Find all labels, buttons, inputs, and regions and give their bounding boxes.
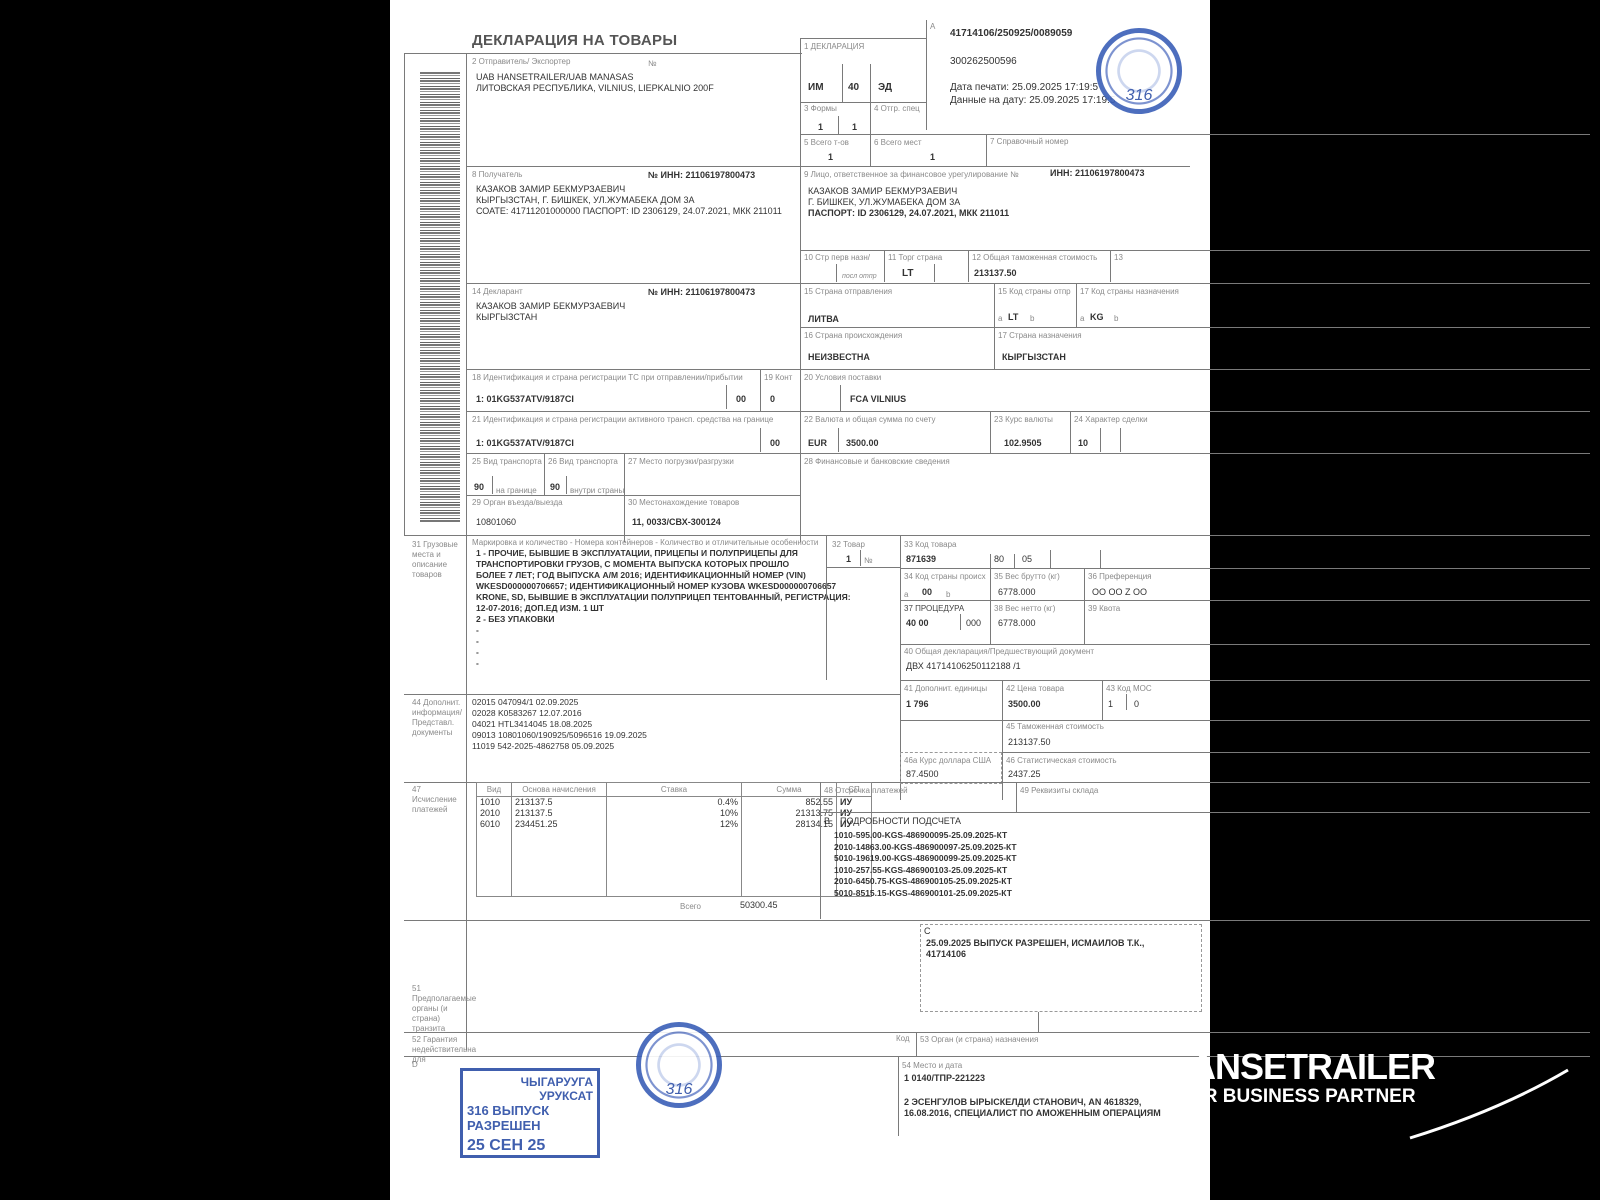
box-b-label: B	[824, 816, 830, 827]
box-a-label: A	[930, 22, 935, 32]
payment-cell-empty	[742, 830, 837, 897]
box43-label: 43 Код МОС	[1106, 684, 1152, 694]
box26-label: 26 Вид транспорта	[548, 457, 618, 467]
commodity-code-2: 80	[994, 554, 1004, 565]
description-line: БОЛЕЕ 7 ЛЕТ; ГОД ВЫПУСКА А/М 2016; ИДЕНТ…	[476, 570, 851, 581]
customs-round-stamp-top: 316	[1096, 28, 1182, 114]
transport-id-border-code: 00	[770, 438, 780, 449]
payment-cell: 0.4%	[607, 797, 742, 809]
reference-number: 300262500596	[950, 56, 1017, 67]
box15a-label: 15 Код страны отпр	[998, 287, 1071, 297]
transaction-type: 10	[1078, 438, 1088, 449]
box17a-b: b	[1114, 314, 1118, 324]
destination-country-code: KG	[1090, 312, 1104, 323]
transport-id-departure: 1: 01KG537ATV/9187CI	[476, 394, 574, 405]
financial-person-passport: ПАСПОРТ: ID 2306129, 24.07.2021, МКК 211…	[808, 208, 1009, 219]
exporter-address: ЛИТОВСКАЯ РЕСПУБЛИКА, VILNIUS, LIEPKALNI…	[476, 83, 714, 94]
payment-cell-empty	[607, 830, 742, 897]
box31-header: Маркировка и количество - Номера контейн…	[472, 538, 818, 548]
release-stamp-date: 25 СЕН 25	[467, 1137, 593, 1155]
border-transport-mode: 90	[474, 482, 484, 493]
forms-2: 1	[852, 122, 857, 133]
exchange-rate: 102.9505	[1004, 438, 1042, 449]
box9-label: 9 Лицо, ответственное за финансовое урег…	[804, 170, 1019, 180]
declaration-code: 40	[848, 82, 859, 93]
description-line: -	[476, 658, 851, 669]
box1-label: 1 ДЕКЛАРАЦИЯ	[804, 42, 864, 52]
payment-cell: 2010	[477, 808, 512, 819]
box39-label: 39 Квота	[1088, 604, 1120, 614]
item-price: 3500.00	[1008, 699, 1041, 710]
consignee-passport: СОАТЕ: 41711201000000 ПАСПОРТ: ID 230612…	[476, 206, 782, 217]
box6-label: 6 Всего мест	[874, 138, 921, 148]
declarant-inn: № ИНН: 21106197800473	[648, 287, 755, 298]
document-title: ДЕКЛАРАЦИЯ НА ТОВАРЫ	[472, 32, 677, 49]
box33-label: 33 Код товара	[904, 540, 956, 550]
box49-label: 49 Реквизиты склада	[1020, 786, 1098, 796]
goods-location: 11, 0033/СВХ-300124	[632, 517, 721, 528]
box21-label: 21 Идентификация и страна регистрации ак…	[472, 415, 773, 425]
box28-label: 28 Финансовые и банковские сведения	[804, 457, 950, 467]
financial-person-address: Г. БИШКЕК, УЛ.ЖУМАБЕКА ДОМ 3А	[808, 197, 960, 208]
valuation-method-2: 0	[1134, 699, 1139, 710]
payment-cell: 234451.25	[512, 819, 607, 830]
payment-cell: ИУ	[837, 797, 872, 809]
calculation-line: 2010-14863.00-KGS-486900097-25.09.2025-К…	[834, 842, 1017, 854]
release-status: 25.09.2025 ВЫПУСК РАЗРЕШЕН, ИСМАИЛОВ Т.К…	[926, 938, 1144, 949]
customs-value: 213137.50	[1008, 737, 1051, 748]
payment-cell: 213137.5	[512, 808, 607, 819]
net-weight: 6778.000	[998, 618, 1036, 629]
consignee-name: КАЗАКОВ ЗАМИР БЕКМУРЗАЕВИЧ	[476, 184, 625, 195]
total-places: 1	[930, 152, 935, 163]
payment-cell: 21313.75	[742, 808, 837, 819]
box13-label: 13	[1114, 253, 1123, 263]
delivery-terms: FCA VILNIUS	[850, 394, 906, 405]
payments-header: Ставка	[607, 783, 742, 797]
exporter-name: UAB HANSETRAILER/UAB MANASAS	[476, 72, 634, 83]
financial-person-inn: ИНН: 21106197800473	[1050, 168, 1145, 179]
box-c-label: C	[924, 926, 931, 937]
origin-country: НЕИЗВЕСТНА	[808, 352, 870, 363]
document-line: 02028 K0583267 12.07.2016	[472, 708, 647, 719]
hansetrailer-logo: ANSETRAILER UR BUSINESS PARTNER	[1190, 1048, 1435, 1108]
box15a-b: b	[1030, 314, 1034, 324]
document-line: 02015 047094/1 02.09.2025	[472, 697, 647, 708]
box52-label: 52 Гарантия недействительна для	[412, 1035, 464, 1065]
box35-label: 35 Вес брутто (кг)	[994, 572, 1060, 582]
box41-label: 41 Дополнит. единицы	[904, 684, 987, 694]
document-line: 11019 542-2025-4862758 05.09.2025	[472, 741, 647, 752]
box23-label: 23 Курс валюты	[994, 415, 1053, 425]
box27-label: 27 Место погрузки/разгрузки	[628, 457, 734, 467]
description-line: KRONE, SD, БЫВШИЕ В ЭКСПЛУАТАЦИИ ПОЛУПРИ…	[476, 592, 851, 603]
transport-id-departure-code: 00	[736, 394, 746, 405]
box7-label: 7 Справочный номер	[990, 137, 1068, 147]
box29-label: 29 Орган въезда/выезда	[472, 498, 563, 508]
goods-description: 1 - ПРОЧИЕ, БЫВШИЕ В ЭКСПЛУАТАЦИИ, ПРИЦЕ…	[476, 548, 851, 669]
trading-country: LT	[902, 268, 913, 279]
document-line: 09013 10801060/190925/5096516 19.09.2025	[472, 730, 647, 741]
box53-label: 53 Орган (и страна) назначения	[920, 1035, 1038, 1045]
supplementary-units: 1 796	[906, 699, 929, 710]
container: 0	[770, 394, 775, 405]
destination-country: КЫРГЫЗСТАН	[1002, 352, 1066, 363]
box40-label: 40 Общая декларация/Предшествующий докум…	[904, 647, 1094, 657]
box22-label: 22 Валюта и общая сумма по счету	[804, 415, 936, 425]
box24-label: 24 Характер сделки	[1074, 415, 1148, 425]
box10-label: 10 Стр перв назн/	[804, 253, 870, 263]
declaration-type: ИМ	[808, 82, 824, 93]
payment-row: 6010234451.2512%28134.15ИУ	[477, 819, 872, 830]
box5-label: 5 Всего т-ов	[804, 138, 849, 148]
procedure-2: 000	[966, 618, 981, 629]
item-number: 1	[846, 554, 851, 565]
box30-label: 30 Местонахождение товаров	[628, 498, 739, 508]
commodity-code: 871639	[906, 554, 936, 565]
description-line: -	[476, 647, 851, 658]
inland-transport-mode: 90	[550, 482, 560, 493]
payment-row: 2010213137.510%21313.75ИУ	[477, 808, 872, 819]
total-items: 1	[828, 152, 833, 163]
release-stamp-line1: ЧЫГАРУУГА УРУКСАТ	[467, 1075, 593, 1103]
box15-label: 15 Страна отправления	[804, 287, 892, 297]
payment-row: 1010213137.50.4%852.55ИУ	[477, 797, 872, 809]
calculation-line: 5010-8515.15-KGS-486900101-25.09.2025-КТ	[834, 888, 1017, 900]
previous-document: ДВХ 41714106250112188 /1	[906, 661, 1021, 672]
place-reference: 1 0140/ТПР-221223	[904, 1073, 985, 1084]
box16-label: 16 Страна происхождения	[804, 331, 902, 341]
description-line: 2 - БЕЗ УПАКОВКИ	[476, 614, 851, 625]
box4-label: 4 Отгр. спец	[874, 104, 920, 114]
box31-label: 31 Грузовые места и описание товаров	[412, 540, 462, 580]
box25-label: 25 Вид транспорта	[472, 457, 542, 467]
box54-label: 54 Место и дата	[902, 1061, 962, 1071]
box14-label: 14 Декларант	[472, 287, 523, 297]
entry-exit-office: 10801060	[476, 517, 516, 528]
payment-cell: 28134.15	[742, 819, 837, 830]
box51-label: 51 Предполагаемые органы (и страна) тран…	[412, 984, 464, 1034]
signatory-position: 16.08.2016, СПЕЦИАЛИСТ ПО АМОЖЕННЫМ ОПЕР…	[904, 1108, 1161, 1119]
box32-label: 32 Товар	[832, 540, 865, 550]
payment-cell: 12%	[607, 819, 742, 830]
statistical-value: 2437.25	[1008, 769, 1041, 780]
consignee-inn: № ИНН: 21106197800473	[648, 170, 755, 181]
data-date: Данные на дату: 25.09.2025 17:19:5	[950, 95, 1115, 106]
box46a-label: 46а Курс доллара США	[904, 756, 991, 766]
box45-label: 45 Таможенная стоимость	[1006, 722, 1104, 732]
box11-label: 11 Торг страна	[888, 253, 942, 263]
logo-brand: ANSETRAILER	[1190, 1048, 1435, 1086]
box-d-label: D	[412, 1060, 418, 1070]
declaration-kind: ЭД	[878, 82, 892, 93]
financial-person-name: КАЗАКОВ ЗАМИР БЕКМУРЗАЕВИЧ	[808, 186, 957, 197]
payment-cell: 852.55	[742, 797, 837, 809]
origin-country-code: 00	[922, 587, 932, 598]
description-line: ТРАНСПОРТИРОВКИ ГРУЗОВ, С МОМЕНТА ВЫПУСК…	[476, 559, 851, 570]
payment-cell-empty	[477, 830, 512, 897]
box19-label: 19 Конт	[764, 373, 792, 383]
total-customs-value: 213137.50	[974, 268, 1017, 279]
box42-label: 42 Цена товара	[1006, 684, 1064, 694]
box2-no: №	[648, 59, 657, 69]
document-line: 04021 HTL3414045 18.08.2025	[472, 719, 647, 730]
dispatch-country-code: LT	[1008, 312, 1018, 323]
description-line: -	[476, 636, 851, 647]
forms-1: 1	[818, 122, 823, 133]
supporting-documents: 02015 047094/1 02.09.202502028 K0583267 …	[472, 697, 647, 752]
calculation-details-title: ПОДРОБНОСТИ ПОДСЧЕТА	[840, 816, 961, 827]
calculation-line: 2010-6450.75-KGS-486900105-25.09.2025-КТ	[834, 876, 1017, 888]
invoice-currency: EUR	[808, 438, 827, 449]
payment-cell: 213137.5	[512, 797, 607, 809]
box34-b: b	[946, 590, 950, 600]
preference: ОО ОО Z ОО	[1092, 587, 1147, 598]
valuation-method: 1	[1108, 699, 1113, 710]
box48-label: 48 Отсрочка платежей	[824, 786, 908, 796]
description-line: -	[476, 625, 851, 636]
calculation-line: 1010-257.55-KGS-486900103-25.09.2025-КТ	[834, 865, 1017, 877]
payments-header: Сумма	[742, 783, 837, 797]
logo-swoosh	[1400, 1050, 1580, 1140]
box18-label: 18 Идентификация и страна регистрации ТС…	[472, 373, 743, 383]
box2-label: 2 Отправитель/ Экспортер	[472, 57, 570, 67]
box37-label: 37 ПРОЦЕДУРА	[904, 604, 964, 614]
consignee-address: КЫРГЫЗСТАН, Г. БИШКЕК, УЛ.ЖУМАБЕКА ДОМ 3…	[476, 195, 695, 206]
payments-table: ВидОснова начисленияСтавкаСуммаСП1010213…	[476, 782, 872, 897]
box15a-a: a	[998, 314, 1002, 324]
description-line: 1 - ПРОЧИЕ, БЫВШИЕ В ЭКСПЛУАТАЦИИ, ПРИЦЕ…	[476, 548, 851, 559]
gross-weight: 6778.000	[998, 587, 1036, 598]
signatory-name: 2 ЭСЕНГУЛОВ ЫРЫСКЕЛДИ СТАНОВИЧ, AN 46183…	[904, 1097, 1141, 1108]
calculation-line: 1010-595.00-KGS-486900095-25.09.2025-КТ	[834, 830, 1017, 842]
description-line: 12-07-2016; ДОП.ЕД ИЗМ. 1 ШТ	[476, 603, 851, 614]
box34-label: 34 Код страны происх	[904, 572, 986, 582]
box32-no: №	[864, 556, 873, 566]
box46-label: 46 Статистическая стоимость	[1006, 756, 1117, 766]
declarant-name: КАЗАКОВ ЗАМИР БЕКМУРЗАЕВИЧ	[476, 301, 625, 312]
calculation-details: 1010-595.00-KGS-486900095-25.09.2025-КТ2…	[834, 830, 1017, 899]
invoice-amount: 3500.00	[846, 438, 879, 449]
usd-rate: 87.4500	[906, 769, 939, 780]
payment-cell: 6010	[477, 819, 512, 830]
total-payments: 50300.45	[740, 900, 778, 911]
barcode	[420, 72, 460, 522]
procedure: 40 00	[906, 618, 929, 629]
box8-label: 8 Получатель	[472, 170, 522, 180]
release-officer-code: 41714106	[926, 949, 966, 960]
box47-label: 47 Исчисление платежей	[412, 785, 464, 815]
payment-cell-empty	[512, 830, 607, 897]
box34-a: a	[904, 590, 908, 600]
print-date: Дата печати: 25.09.2025 17:19:5	[950, 82, 1098, 93]
calculation-line: 5010-19619.00-KGS-486900099-25.09.2025-К…	[834, 853, 1017, 865]
box17-label: 17 Страна назначения	[998, 331, 1082, 341]
customs-round-stamp-bottom: 316	[636, 1022, 722, 1108]
box12-label: 12 Общая таможенная стоимость	[972, 253, 1097, 263]
customs-declaration-page: ДЕКЛАРАЦИЯ НА ТОВАРЫ 2 Отправитель/ Эксп…	[390, 0, 1210, 1200]
box20-label: 20 Условия поставки	[804, 373, 881, 383]
box17a-label: 17 Код страны назначения	[1080, 287, 1179, 297]
commodity-code-3: 05	[1022, 554, 1032, 565]
declarant-country: КЫРГЫЗСТАН	[476, 312, 537, 323]
payment-cell: 10%	[607, 808, 742, 819]
payments-header: Вид	[477, 783, 512, 797]
total-label: Всего	[680, 902, 701, 912]
logo-tagline: UR BUSINESS PARTNER	[1190, 1086, 1435, 1108]
box17a-a: a	[1080, 314, 1084, 324]
box10-sub: посл отпр	[842, 272, 877, 282]
release-stamp: ЧЫГАРУУГА УРУКСАТ 316 ВЫПУСК РАЗРЕШЕН 25…	[460, 1068, 600, 1158]
transport-id-border: 1: 01KG537ATV/9187CI	[476, 438, 574, 449]
registration-number: 41714106/250925/0089059	[950, 28, 1072, 39]
payments-header: Основа начисления	[512, 783, 607, 797]
dispatch-country: ЛИТВА	[808, 314, 839, 325]
box38-label: 38 Вес нетто (кг)	[994, 604, 1055, 614]
box44-label: 44 Дополнит. информация/ Представл. доку…	[412, 698, 464, 738]
box3-label: 3 Формы	[804, 104, 837, 114]
description-line: WKESD000000706657; ИДЕНТИФИКАЦИОННЫЙ НОМ…	[476, 581, 851, 592]
release-stamp-line2: 316 ВЫПУСК РАЗРЕШЕН	[467, 1103, 593, 1133]
box52-code-label: Код	[896, 1034, 910, 1044]
payment-cell: 1010	[477, 797, 512, 809]
box36-label: 36 Преференция	[1088, 572, 1152, 582]
